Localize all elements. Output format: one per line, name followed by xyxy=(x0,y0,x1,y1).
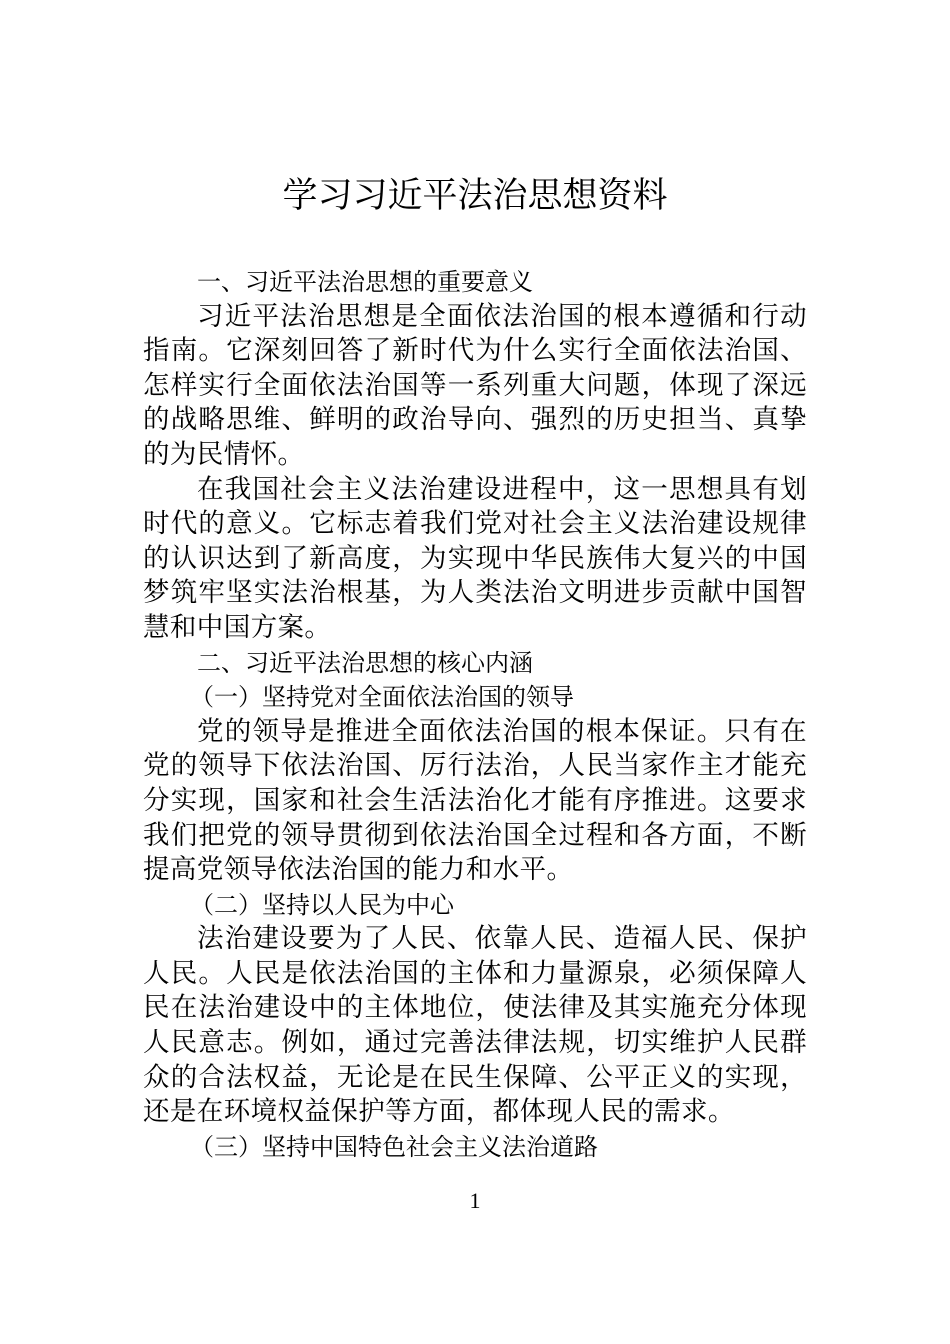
subheading-people-centered: （二）坚持以人民为中心 xyxy=(143,888,807,923)
subheading-party-leadership: （一）坚持党对全面依法治国的领导 xyxy=(143,680,807,715)
paragraph-people-centered: 法治建设要为了人民、依靠人民、造福人民、保护人民。人民是依法治国的主体和力量源泉… xyxy=(143,922,807,1130)
section-heading-1: 一、习近平法治思想的重要意义 xyxy=(143,265,807,300)
paragraph-party-leadership: 党的领导是推进全面依法治国的根本保证。只有在党的领导下依法治国、厉行法治，人民当… xyxy=(143,715,807,888)
paragraph-significance-1: 习近平法治思想是全面依法治国的根本遵循和行动指南。它深刻回答了新时代为什么实行全… xyxy=(143,300,807,473)
page-number: 1 xyxy=(0,1188,950,1214)
document-body: 一、习近平法治思想的重要意义 习近平法治思想是全面依法治国的根本遵循和行动指南。… xyxy=(143,265,807,1164)
section-heading-2: 二、习近平法治思想的核心内涵 xyxy=(143,646,807,681)
subheading-socialist-rule-of-law-path: （三）坚持中国特色社会主义法治道路 xyxy=(143,1130,807,1165)
document-page: 学习习近平法治思想资料 一、习近平法治思想的重要意义 习近平法治思想是全面依法治… xyxy=(0,0,950,1344)
document-title: 学习习近平法治思想资料 xyxy=(0,172,950,220)
paragraph-significance-2: 在我国社会主义法治建设进程中，这一思想具有划时代的意义。它标志着我们党对社会主义… xyxy=(143,473,807,646)
